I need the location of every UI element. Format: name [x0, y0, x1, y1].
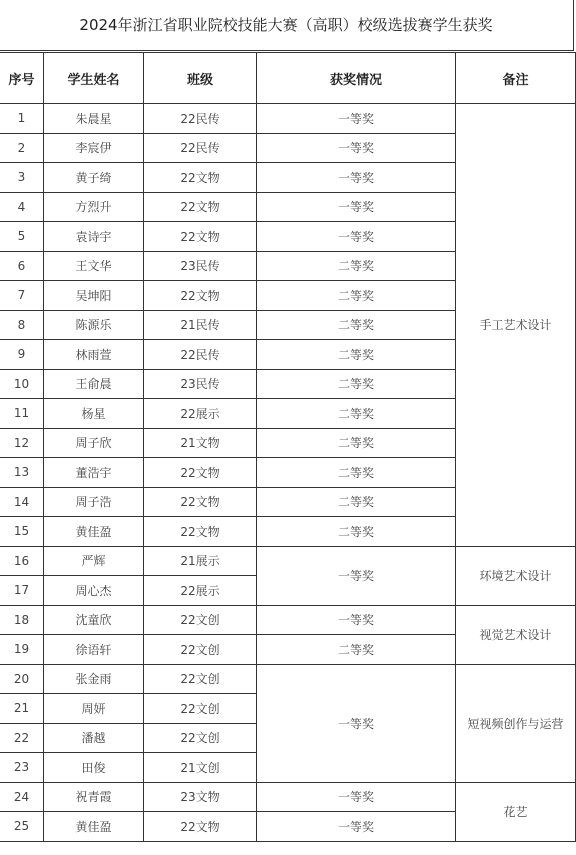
cell-class: 22文物	[144, 812, 257, 842]
header-class: 班级	[144, 53, 257, 104]
header-index: 序号	[0, 53, 44, 104]
cell-name: 陈源乐	[44, 310, 144, 340]
cell-index: 14	[0, 487, 44, 517]
cell-class: 22民传	[144, 104, 257, 134]
cell-index: 13	[0, 458, 44, 488]
document-title: 2024年浙江省职业院校技能大赛（高职）校级选拔赛学生获奖	[0, 0, 574, 51]
cell-award: 一等奖	[257, 782, 456, 812]
cell-award: 二等奖	[257, 487, 456, 517]
cell-index: 12	[0, 428, 44, 458]
cell-name: 方烈升	[44, 192, 144, 222]
cell-name: 周心杰	[44, 576, 144, 606]
cell-index: 1	[0, 104, 44, 134]
cell-name: 董浩宇	[44, 458, 144, 488]
note-handcraft: 手工艺术设计	[456, 104, 576, 547]
cell-award: 二等奖	[257, 458, 456, 488]
cell-class: 22文创	[144, 694, 257, 724]
header-row: 序号 学生姓名 班级 获奖情况 备注	[0, 53, 576, 104]
cell-class: 22民传	[144, 133, 257, 163]
cell-class: 23民传	[144, 369, 257, 399]
cell-award: 一等奖	[257, 104, 456, 134]
cell-name: 王文华	[44, 251, 144, 281]
cell-index: 10	[0, 369, 44, 399]
cell-index: 3	[0, 163, 44, 193]
cell-index: 24	[0, 782, 44, 812]
cell-class: 22文物	[144, 222, 257, 252]
cell-class: 21文创	[144, 753, 257, 783]
cell-index: 4	[0, 192, 44, 222]
cell-class: 22展示	[144, 399, 257, 429]
cell-name: 黄子绮	[44, 163, 144, 193]
cell-award: 一等奖	[257, 605, 456, 635]
cell-class: 22文创	[144, 605, 257, 635]
cell-index: 11	[0, 399, 44, 429]
cell-index: 21	[0, 694, 44, 724]
cell-award-merged: 一等奖	[257, 546, 456, 605]
cell-class: 22文物	[144, 487, 257, 517]
cell-award-merged: 一等奖	[257, 664, 456, 782]
cell-class: 22文物	[144, 163, 257, 193]
cell-name: 周子浩	[44, 487, 144, 517]
cell-award: 一等奖	[257, 163, 456, 193]
cell-name: 徐语轩	[44, 635, 144, 665]
cell-name: 袁诗宇	[44, 222, 144, 252]
cell-award: 二等奖	[257, 428, 456, 458]
cell-class: 22文物	[144, 517, 257, 547]
cell-index: 2	[0, 133, 44, 163]
cell-name: 张金雨	[44, 664, 144, 694]
cell-name: 祝青霞	[44, 782, 144, 812]
cell-name: 吴坤阳	[44, 281, 144, 311]
cell-class: 22文物	[144, 281, 257, 311]
cell-index: 7	[0, 281, 44, 311]
cell-index: 18	[0, 605, 44, 635]
header-award: 获奖情况	[257, 53, 456, 104]
cell-class: 23文物	[144, 782, 257, 812]
cell-name: 林雨萱	[44, 340, 144, 370]
cell-name: 王俞晨	[44, 369, 144, 399]
cell-award: 一等奖	[257, 222, 456, 252]
cell-award: 二等奖	[257, 399, 456, 429]
cell-class: 22文创	[144, 723, 257, 753]
cell-name: 黄佳盈	[44, 517, 144, 547]
cell-name: 朱晨星	[44, 104, 144, 134]
cell-award: 二等奖	[257, 635, 456, 665]
cell-class: 21民传	[144, 310, 257, 340]
cell-name: 李宸伊	[44, 133, 144, 163]
cell-award: 二等奖	[257, 281, 456, 311]
awards-table: 序号 学生姓名 班级 获奖情况 备注 1 朱晨星 22民传 一等奖 手工艺术设计…	[0, 52, 576, 842]
cell-award: 二等奖	[257, 369, 456, 399]
table-row: 1 朱晨星 22民传 一等奖 手工艺术设计	[0, 104, 576, 134]
cell-class: 22文创	[144, 635, 257, 665]
note-environment: 环境艺术设计	[456, 546, 576, 605]
cell-name: 潘越	[44, 723, 144, 753]
note-short-video: 短视频创作与运营	[456, 664, 576, 782]
header-name: 学生姓名	[44, 53, 144, 104]
cell-index: 20	[0, 664, 44, 694]
cell-index: 16	[0, 546, 44, 576]
cell-class: 22文创	[144, 664, 257, 694]
cell-index: 23	[0, 753, 44, 783]
header-note: 备注	[456, 53, 576, 104]
cell-class: 23民传	[144, 251, 257, 281]
cell-name: 沈童欣	[44, 605, 144, 635]
cell-class: 21展示	[144, 546, 257, 576]
cell-index: 25	[0, 812, 44, 842]
cell-award: 一等奖	[257, 133, 456, 163]
cell-award: 二等奖	[257, 310, 456, 340]
cell-index: 22	[0, 723, 44, 753]
cell-index: 17	[0, 576, 44, 606]
cell-award: 二等奖	[257, 517, 456, 547]
table-row: 16 严辉 21展示 一等奖 环境艺术设计	[0, 546, 576, 576]
cell-award: 二等奖	[257, 251, 456, 281]
cell-class: 22文物	[144, 458, 257, 488]
cell-class: 21文物	[144, 428, 257, 458]
cell-name: 田俊	[44, 753, 144, 783]
cell-award: 二等奖	[257, 340, 456, 370]
cell-name: 周妍	[44, 694, 144, 724]
cell-index: 5	[0, 222, 44, 252]
cell-index: 9	[0, 340, 44, 370]
cell-index: 6	[0, 251, 44, 281]
cell-name: 杨星	[44, 399, 144, 429]
cell-class: 22文物	[144, 192, 257, 222]
cell-index: 8	[0, 310, 44, 340]
cell-name: 黄佳盈	[44, 812, 144, 842]
cell-index: 19	[0, 635, 44, 665]
table-row: 18 沈童欣 22文创 一等奖 视觉艺术设计	[0, 605, 576, 635]
note-visual: 视觉艺术设计	[456, 605, 576, 664]
cell-index: 15	[0, 517, 44, 547]
cell-award: 一等奖	[257, 192, 456, 222]
cell-class: 22民传	[144, 340, 257, 370]
cell-name: 严辉	[44, 546, 144, 576]
cell-name: 周子欣	[44, 428, 144, 458]
cell-class: 22展示	[144, 576, 257, 606]
table-row: 24 祝青霞 23文物 一等奖 花艺	[0, 782, 576, 812]
note-floral: 花艺	[456, 782, 576, 841]
table-row: 20 张金雨 22文创 一等奖 短视频创作与运营	[0, 664, 576, 694]
cell-award: 一等奖	[257, 812, 456, 842]
